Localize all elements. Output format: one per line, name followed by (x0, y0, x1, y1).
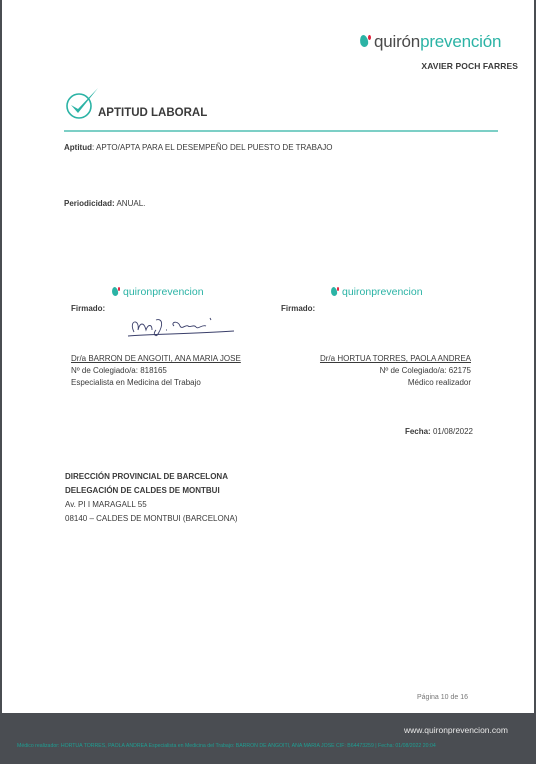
logo-leaf-icon (112, 286, 121, 296)
date-field: Fecha: 01/08/2022 (405, 427, 473, 436)
signer-2-colegiado: Nº de Colegiado/a: 62175 (380, 366, 471, 375)
footer-website-link[interactable]: www.quironprevencion.com (404, 725, 508, 735)
signer-1-logo: quironprevencion (112, 286, 204, 298)
handwritten-signature (122, 312, 242, 340)
address-line-1: DIRECCIÓN PROVINCIAL DE BARCELONA (65, 472, 228, 481)
signer-1-name: Dr/a BARRON DE ANGOITI, ANA MARIA JOSE (71, 354, 241, 363)
checkmark-circle-icon (64, 86, 100, 122)
logo-leaf-icon (331, 286, 340, 296)
signer-2-role: Médico realizador (408, 378, 471, 387)
footer-signature-metadata: Médico realizador: HORTUA TORRES, PAOLA … (17, 743, 436, 749)
page-number: Página 10 de 16 (417, 694, 468, 701)
brand-logo: quirónprevención (360, 32, 501, 52)
signer-2-logo: quironprevencion (331, 286, 423, 298)
signer-1-signed-label: Firmado: (71, 304, 105, 313)
periodicidad-field: Periodicidad: ANUAL. (64, 199, 145, 208)
signer-2-signed-label: Firmado: (281, 304, 315, 313)
signer-1-role: Especialista en Medicina del Trabajo (71, 378, 201, 387)
address-line-2: DELEGACIÓN DE CALDES DE MONTBUI (65, 486, 220, 495)
address-line-4: 08140 – CALDES DE MONTBUI (BARCELONA) (65, 514, 238, 523)
logo-leaf-icon (360, 34, 372, 48)
document-page: quirónprevención XAVIER POCH FARRES APTI… (2, 0, 534, 713)
section-divider (64, 130, 498, 132)
signer-1-colegiado: Nº de Colegiado/a: 818165 (71, 366, 167, 375)
section-title: APTITUD LABORAL (98, 107, 207, 119)
patient-name: XAVIER POCH FARRES (421, 61, 518, 71)
signer-2-name: Dr/a HORTUA TORRES, PAOLA ANDREA (320, 354, 471, 363)
aptitud-field: Aptitud: APTO/APTA PARA EL DESEMPEÑO DEL… (64, 143, 333, 152)
address-line-3: Av. PI I MARAGALL 55 (65, 500, 147, 509)
